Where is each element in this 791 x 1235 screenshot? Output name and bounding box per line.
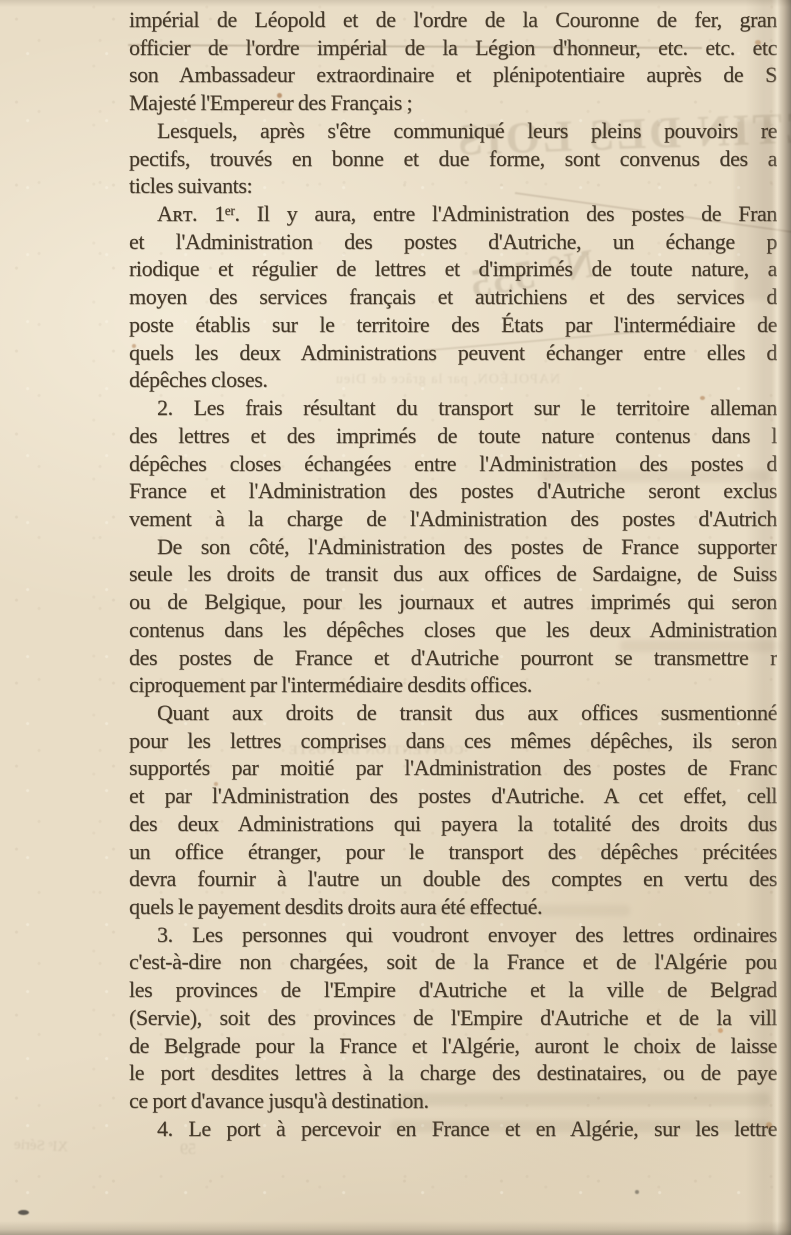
document-text-block: impérial de Léopold et de l'ordre de la … [129,6,777,1142]
text-line: France et l'Administration des postes d'… [129,477,777,505]
text-line: 2. Les frais résultant du transport sur … [129,394,777,422]
text-line: Majesté l'Empereur des Français ; [129,89,777,117]
text-line: ou de Belgique, pour les journaux et aut… [129,588,777,616]
text-line: Aʀᴛ. 1ᵉʳ. Il y aura, entre l'Administrat… [129,200,777,228]
text-line: dépêches closes échangées entre l'Admini… [129,450,777,478]
text-line: impérial de Léopold et de l'ordre de la … [129,6,777,34]
text-line: de Belgrade pour la France et l'Algérie,… [129,1032,777,1060]
foxing-spot [18,1210,29,1215]
text-line: pour les lettres comprises dans ces même… [129,727,777,755]
text-line: riodique et régulier de lettres et d'imp… [129,255,777,283]
text-line: des lettres et des imprimés de toute nat… [129,422,777,450]
text-line: quels le payement desdits droits aura ét… [129,893,777,921]
text-line: supportés par moitié par l'Administratio… [129,754,777,782]
text-line: Quant aux droits de transit dus aux offi… [129,699,777,727]
text-line: ticles suivants: [129,172,777,200]
text-line: dépêches closes. [129,366,777,394]
text-line: vement à la charge de l'Administration d… [129,505,777,533]
text-line: Lesquels, après s'être communiqué leurs … [129,117,777,145]
text-line: poste établis sur le territoire des État… [129,311,777,339]
show-through-text: XIᵉ Série [14,1137,69,1157]
text-line: devra fournir à l'autre un double des co… [129,865,777,893]
bottom-edge-shadow [0,1221,791,1235]
text-line: quels les deux Administrations peuvent é… [129,339,777,367]
text-line: contenus dans les dépêches closes que le… [129,616,777,644]
show-through-text: 59 [180,1141,196,1159]
text-line: De son côté, l'Administration des postes… [129,533,777,561]
text-line: (Servie), soit des provinces de l'Empire… [129,1004,777,1032]
text-line: c'est-à-dire non chargées, soit de la Fr… [129,948,777,976]
text-line: des deux Administrations qui payera la t… [129,810,777,838]
text-line: et l'Administration des postes d'Autrich… [129,228,777,256]
text-line: des postes de France et d'Autriche pourr… [129,644,777,672]
text-line: les provinces de l'Empire d'Autriche et … [129,976,777,1004]
text-line: ciproquement par l'intermédiaire desdits… [129,671,777,699]
text-line: 4. Le port à percevoir en France et en A… [129,1115,777,1143]
text-line: et par l'Administration des postes d'Aut… [129,782,777,810]
text-line: le port desdites lettres à la charge des… [129,1059,777,1087]
text-line: seule les droits de transit dus aux offi… [129,560,777,588]
scanned-page: BULLETIN DES LOISN° 555NAPOLÉON, par la … [0,0,791,1235]
text-line: 3. Les personnes qui voudront envoyer de… [129,921,777,949]
text-line: son Ambassadeur extraordinaire et plénip… [129,61,777,89]
text-line: un office étranger, pour le transport de… [129,838,777,866]
text-line: moyen des services français et autrichie… [129,283,777,311]
text-line: officier de l'ordre impérial de la Légio… [129,34,777,62]
foxing-spot [635,1190,639,1194]
text-line: ce port d'avance jusqu'à destination. [129,1087,777,1115]
text-line: pectifs, trouvés en bonne et due forme, … [129,145,777,173]
